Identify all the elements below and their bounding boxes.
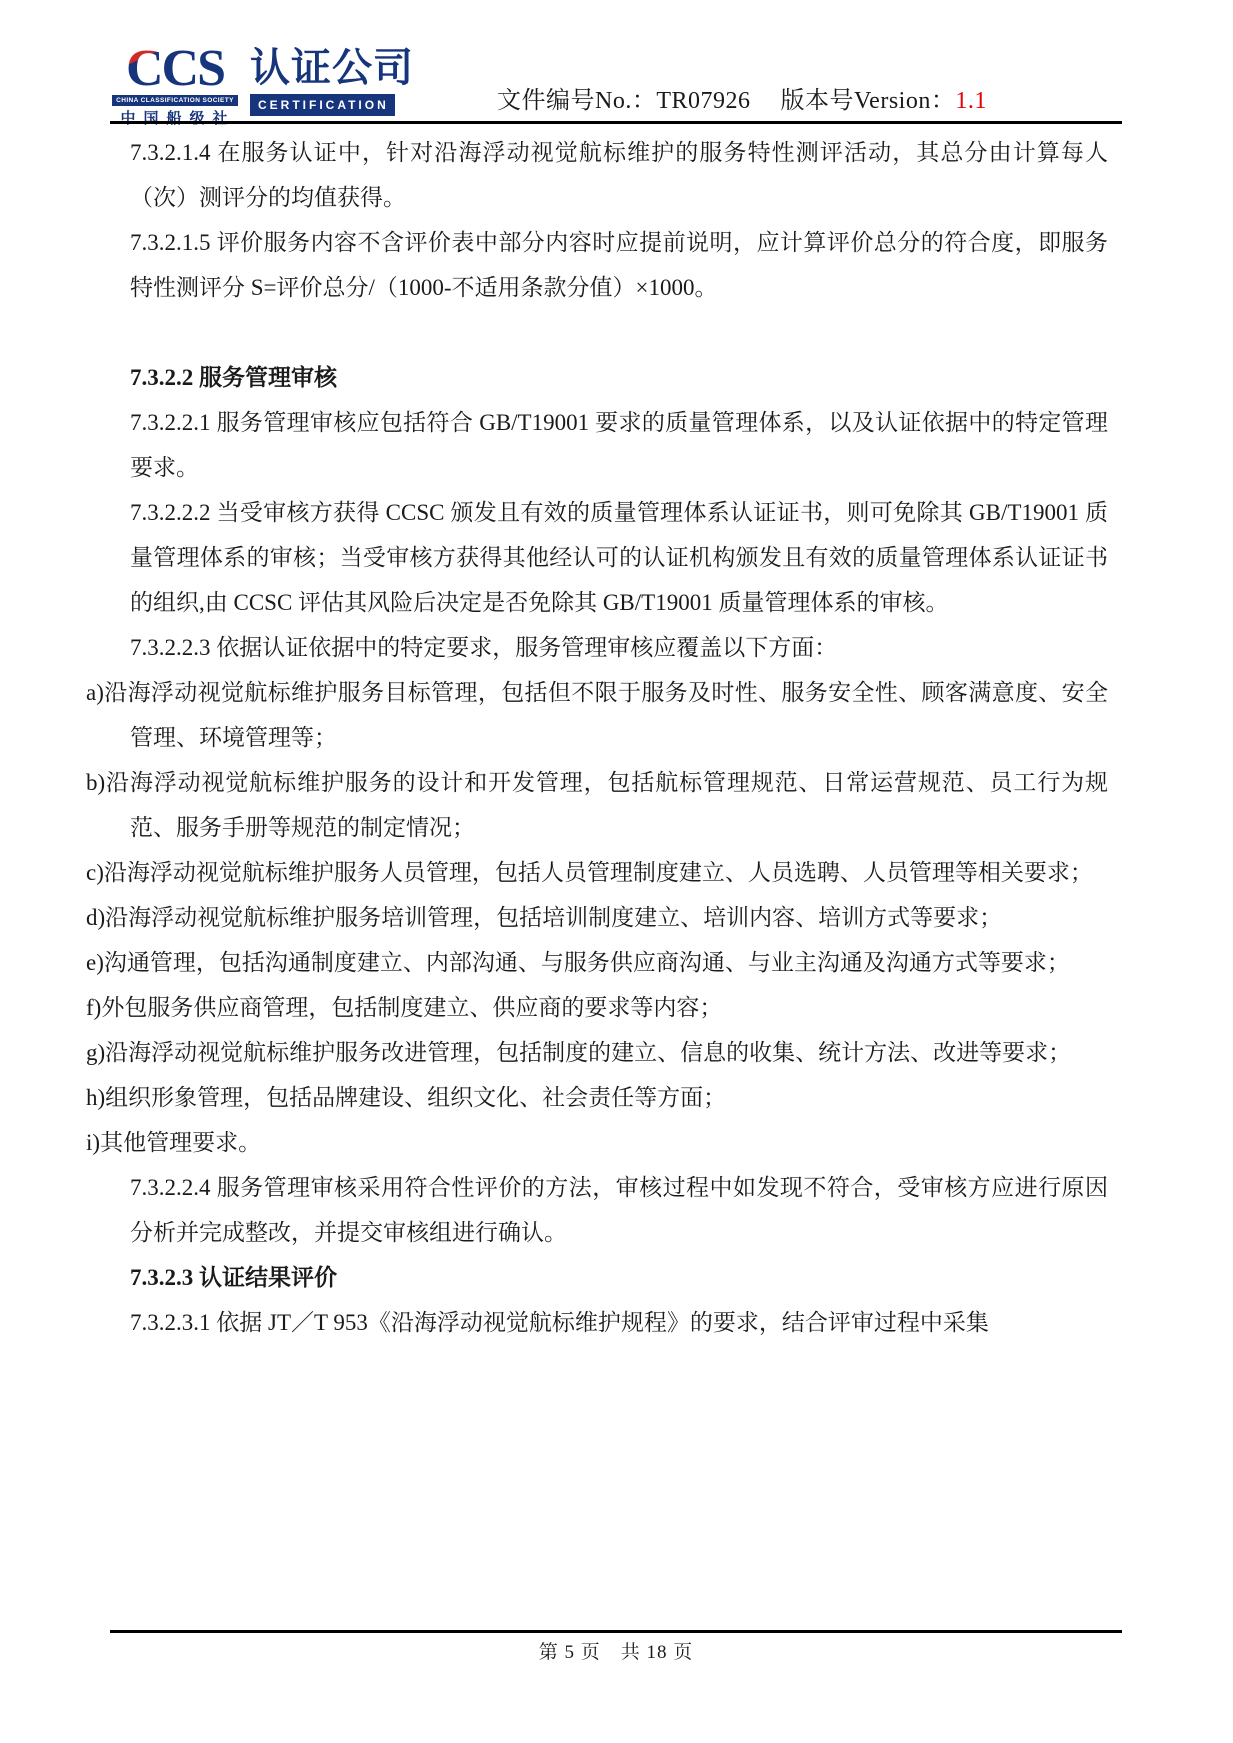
header-divider (110, 121, 1122, 124)
version-label: 版本号Version： (781, 88, 956, 114)
section-heading: 7.3.2.3 认证结果评价 (130, 1255, 1108, 1300)
ccs-logo-text: CCS (112, 44, 238, 94)
list-item-text: 沿海浮动视觉航标维护服务改进管理，包括制度的建立、信息的收集、统计方法、改进等要… (105, 1040, 1071, 1065)
list-item: g)沿海浮动视觉航标维护服务改进管理，包括制度的建立、信息的收集、统计方法、改进… (130, 1030, 1108, 1075)
ccs-logo: CCS CHINA CLASSIFICATION SOCIETY 中国船级社 认… (112, 44, 414, 128)
list-item-marker: d) (86, 905, 105, 930)
list-item-marker: b) (86, 770, 105, 795)
list-item: a)沿海浮动视觉航标维护服务目标管理，包括但不限于服务及时性、服务安全性、顾客满… (130, 670, 1108, 760)
certification-company-name: 认证公司 (250, 44, 414, 92)
list-item: c)沿海浮动视觉航标维护服务人员管理，包括人员管理制度建立、人员选聘、人员管理等… (130, 850, 1108, 895)
list-item-text: 外包服务供应商管理，包括制度建立、供应商的要求等内容； (101, 995, 722, 1020)
document-info: 文件编号No.：TR07926版本号Version：1.1 (497, 80, 987, 115)
paragraph: 7.3.2.2.1 服务管理审核应包括符合 GB/T19001 要求的质量管理体… (130, 400, 1108, 490)
list-item-marker: h) (86, 1085, 105, 1110)
list-item-marker: c) (86, 860, 104, 885)
document-page: CCS CHINA CLASSIFICATION SOCIETY 中国船级社 认… (0, 0, 1233, 1743)
list-item: h)组织形象管理，包括品牌建设、组织文化、社会责任等方面； (130, 1075, 1108, 1120)
list-item-text: 沟通管理，包括沟通制度建立、内部沟通、与服务供应商沟通、与业主沟通及沟通方式等要… (104, 950, 1070, 975)
list-item-text: 沿海浮动视觉航标维护服务目标管理，包括但不限于服务及时性、服务安全性、顾客满意度… (104, 680, 1108, 750)
list-item-text: 沿海浮动视觉航标维护服务培训管理，包括培训制度建立、培训内容、培训方式等要求； (105, 905, 1002, 930)
list-item-marker: f) (86, 995, 101, 1020)
list-item-marker: i) (86, 1130, 100, 1155)
page-number: 第 5 页 共 18 页 (110, 1637, 1122, 1664)
list-item: d)沿海浮动视觉航标维护服务培训管理，包括培训制度建立、培训内容、培训方式等要求… (130, 895, 1108, 940)
paragraph: 7.3.2.1.5 评价服务内容不含评价表中部分内容时应提前说明，应计算评价总分… (130, 220, 1108, 310)
list-item-marker: a) (86, 680, 104, 705)
section-heading: 7.3.2.2 服务管理审核 (130, 355, 1108, 400)
version-value: 1.1 (955, 88, 987, 114)
list-item: b)沿海浮动视觉航标维护服务的设计和开发管理，包括航标管理规范、日常运营规范、员… (130, 760, 1108, 850)
paragraph: 7.3.2.2.3 依据认证依据中的特定要求，服务管理审核应覆盖以下方面： (130, 625, 1108, 670)
list-item-text: 其他管理要求。 (100, 1130, 261, 1155)
list-item: e)沟通管理，包括沟通制度建立、内部沟通、与服务供应商沟通、与业主沟通及沟通方式… (130, 940, 1108, 985)
list-item-marker: e) (86, 950, 104, 975)
footer-divider (110, 1630, 1122, 1633)
doc-no-value: TR07926 (656, 88, 750, 114)
list-item-text: 沿海浮动视觉航标维护服务人员管理，包括人员管理制度建立、人员选聘、人员管理等相关… (104, 860, 1093, 885)
ccs-society-banner: CHINA CLASSIFICATION SOCIETY (112, 95, 238, 106)
paragraph: 7.3.2.3.1 依据 JT／T 953《沿海浮动视觉航标维护规程》的要求，结… (130, 1300, 1108, 1345)
ccs-logo-right: 认证公司 CERTIFICATION (250, 44, 414, 116)
list-item: f)外包服务供应商管理，包括制度建立、供应商的要求等内容； (130, 985, 1108, 1030)
list-item-text: 沿海浮动视觉航标维护服务的设计和开发管理，包括航标管理规范、日常运营规范、员工行… (105, 770, 1108, 840)
document-body: 7.3.2.1.4 在服务认证中，针对沿海浮动视觉航标维护的服务特性测评活动，其… (130, 130, 1108, 1345)
paragraph: 7.3.2.1.4 在服务认证中，针对沿海浮动视觉航标维护的服务特性测评活动，其… (130, 130, 1108, 220)
ccs-society-cn: 中国船级社 (112, 107, 238, 128)
list-item-text: 组织形象管理，包括品牌建设、组织文化、社会责任等方面； (105, 1085, 726, 1110)
list-item-marker: g) (86, 1040, 105, 1065)
doc-no-label: 文件编号No.： (497, 88, 656, 114)
paragraph: 7.3.2.2.4 服务管理审核采用符合性评价的方法，审核过程中如发现不符合，受… (130, 1165, 1108, 1255)
blank-line (130, 310, 1108, 355)
paragraph: 7.3.2.2.2 当受审核方获得 CCSC 颁发且有效的质量管理体系认证证书，… (130, 490, 1108, 625)
certification-banner: CERTIFICATION (250, 94, 395, 116)
list-item: i)其他管理要求。 (130, 1120, 1108, 1165)
ccs-logo-left: CCS CHINA CLASSIFICATION SOCIETY 中国船级社 (112, 44, 238, 128)
